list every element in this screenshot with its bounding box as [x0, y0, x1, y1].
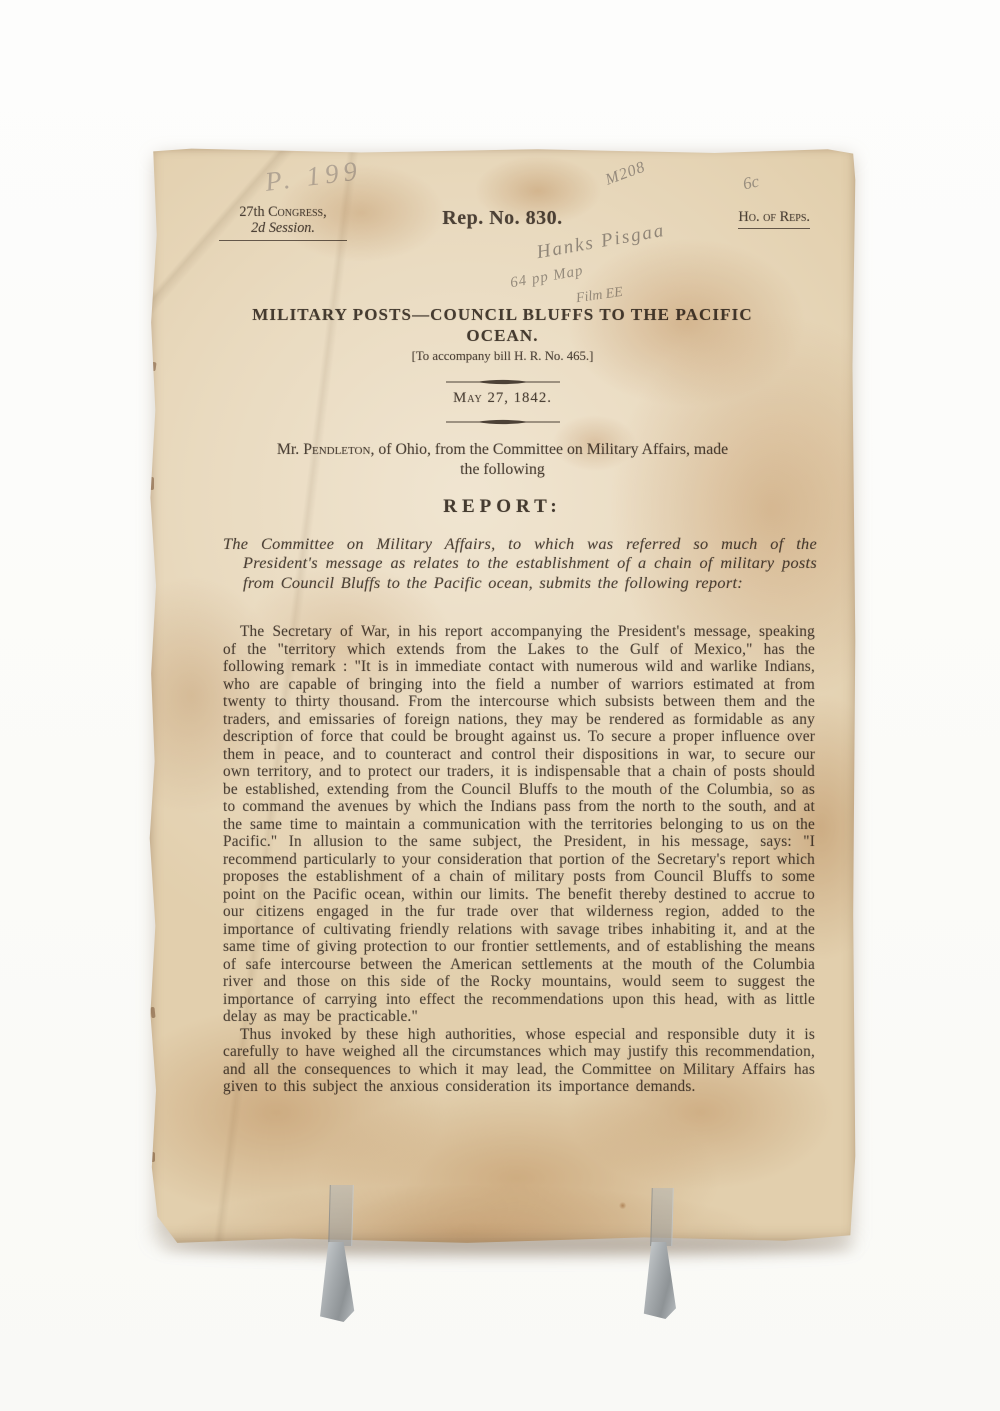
- stitch-hole: [150, 477, 154, 490]
- swelled-rule-icon: [444, 417, 562, 427]
- pencil-annotation-page-number: P. 199: [263, 155, 363, 198]
- byline-line-1: Mr. Pendleton, of Ohio, from the Committ…: [149, 440, 856, 460]
- ornament-divider: [149, 414, 856, 432]
- photo-backdrop: P. 199 M208 6c Hanks Pisgaa 64 pp Map Fi…: [0, 0, 1000, 1411]
- accompany-note: [To accompany bill H. R. No. 465.]: [149, 349, 856, 364]
- title-line-2: OCEAN.: [149, 326, 856, 347]
- display-stand-right-tab: [650, 1188, 674, 1246]
- stitch-hole: [150, 1152, 155, 1162]
- byline-line-2: the following: [149, 460, 856, 480]
- pencil-annotation-note-3: Film EE: [575, 285, 624, 307]
- stitch-hole: [150, 362, 156, 372]
- byline: Mr. Pendleton, of Ohio, from the Committ…: [149, 440, 856, 480]
- display-stand-left-tab: [328, 1185, 354, 1246]
- swelled-rule-icon: [444, 377, 562, 387]
- pencil-annotation-catalog-code: M208: [603, 158, 648, 189]
- header-chamber: Ho. of Reps.: [738, 209, 810, 229]
- stitch-hole: [150, 1007, 155, 1018]
- document-date: May 27, 1842.: [149, 390, 856, 407]
- report-heading: REPORT:: [149, 496, 856, 518]
- pencil-annotation-price-code: 6c: [741, 172, 761, 195]
- title-line-1: MILITARY POSTS—COUNCIL BLUFFS TO THE PAC…: [149, 305, 856, 326]
- document-page: P. 199 M208 6c Hanks Pisgaa 64 pp Map Fi…: [149, 147, 856, 1244]
- body-paragraph-1: The Secretary of War, in his report acco…: [223, 623, 815, 1026]
- committee-summary: The Committee on Military Affairs, to wh…: [223, 534, 817, 592]
- report-body: The Secretary of War, in his report acco…: [223, 623, 815, 1096]
- document-title: MILITARY POSTS—COUNCIL BLUFFS TO THE PAC…: [149, 305, 856, 346]
- pencil-annotation-note-2: 64 pp Map: [509, 263, 585, 293]
- body-paragraph-2: Thus invoked by these high authorities, …: [223, 1026, 815, 1096]
